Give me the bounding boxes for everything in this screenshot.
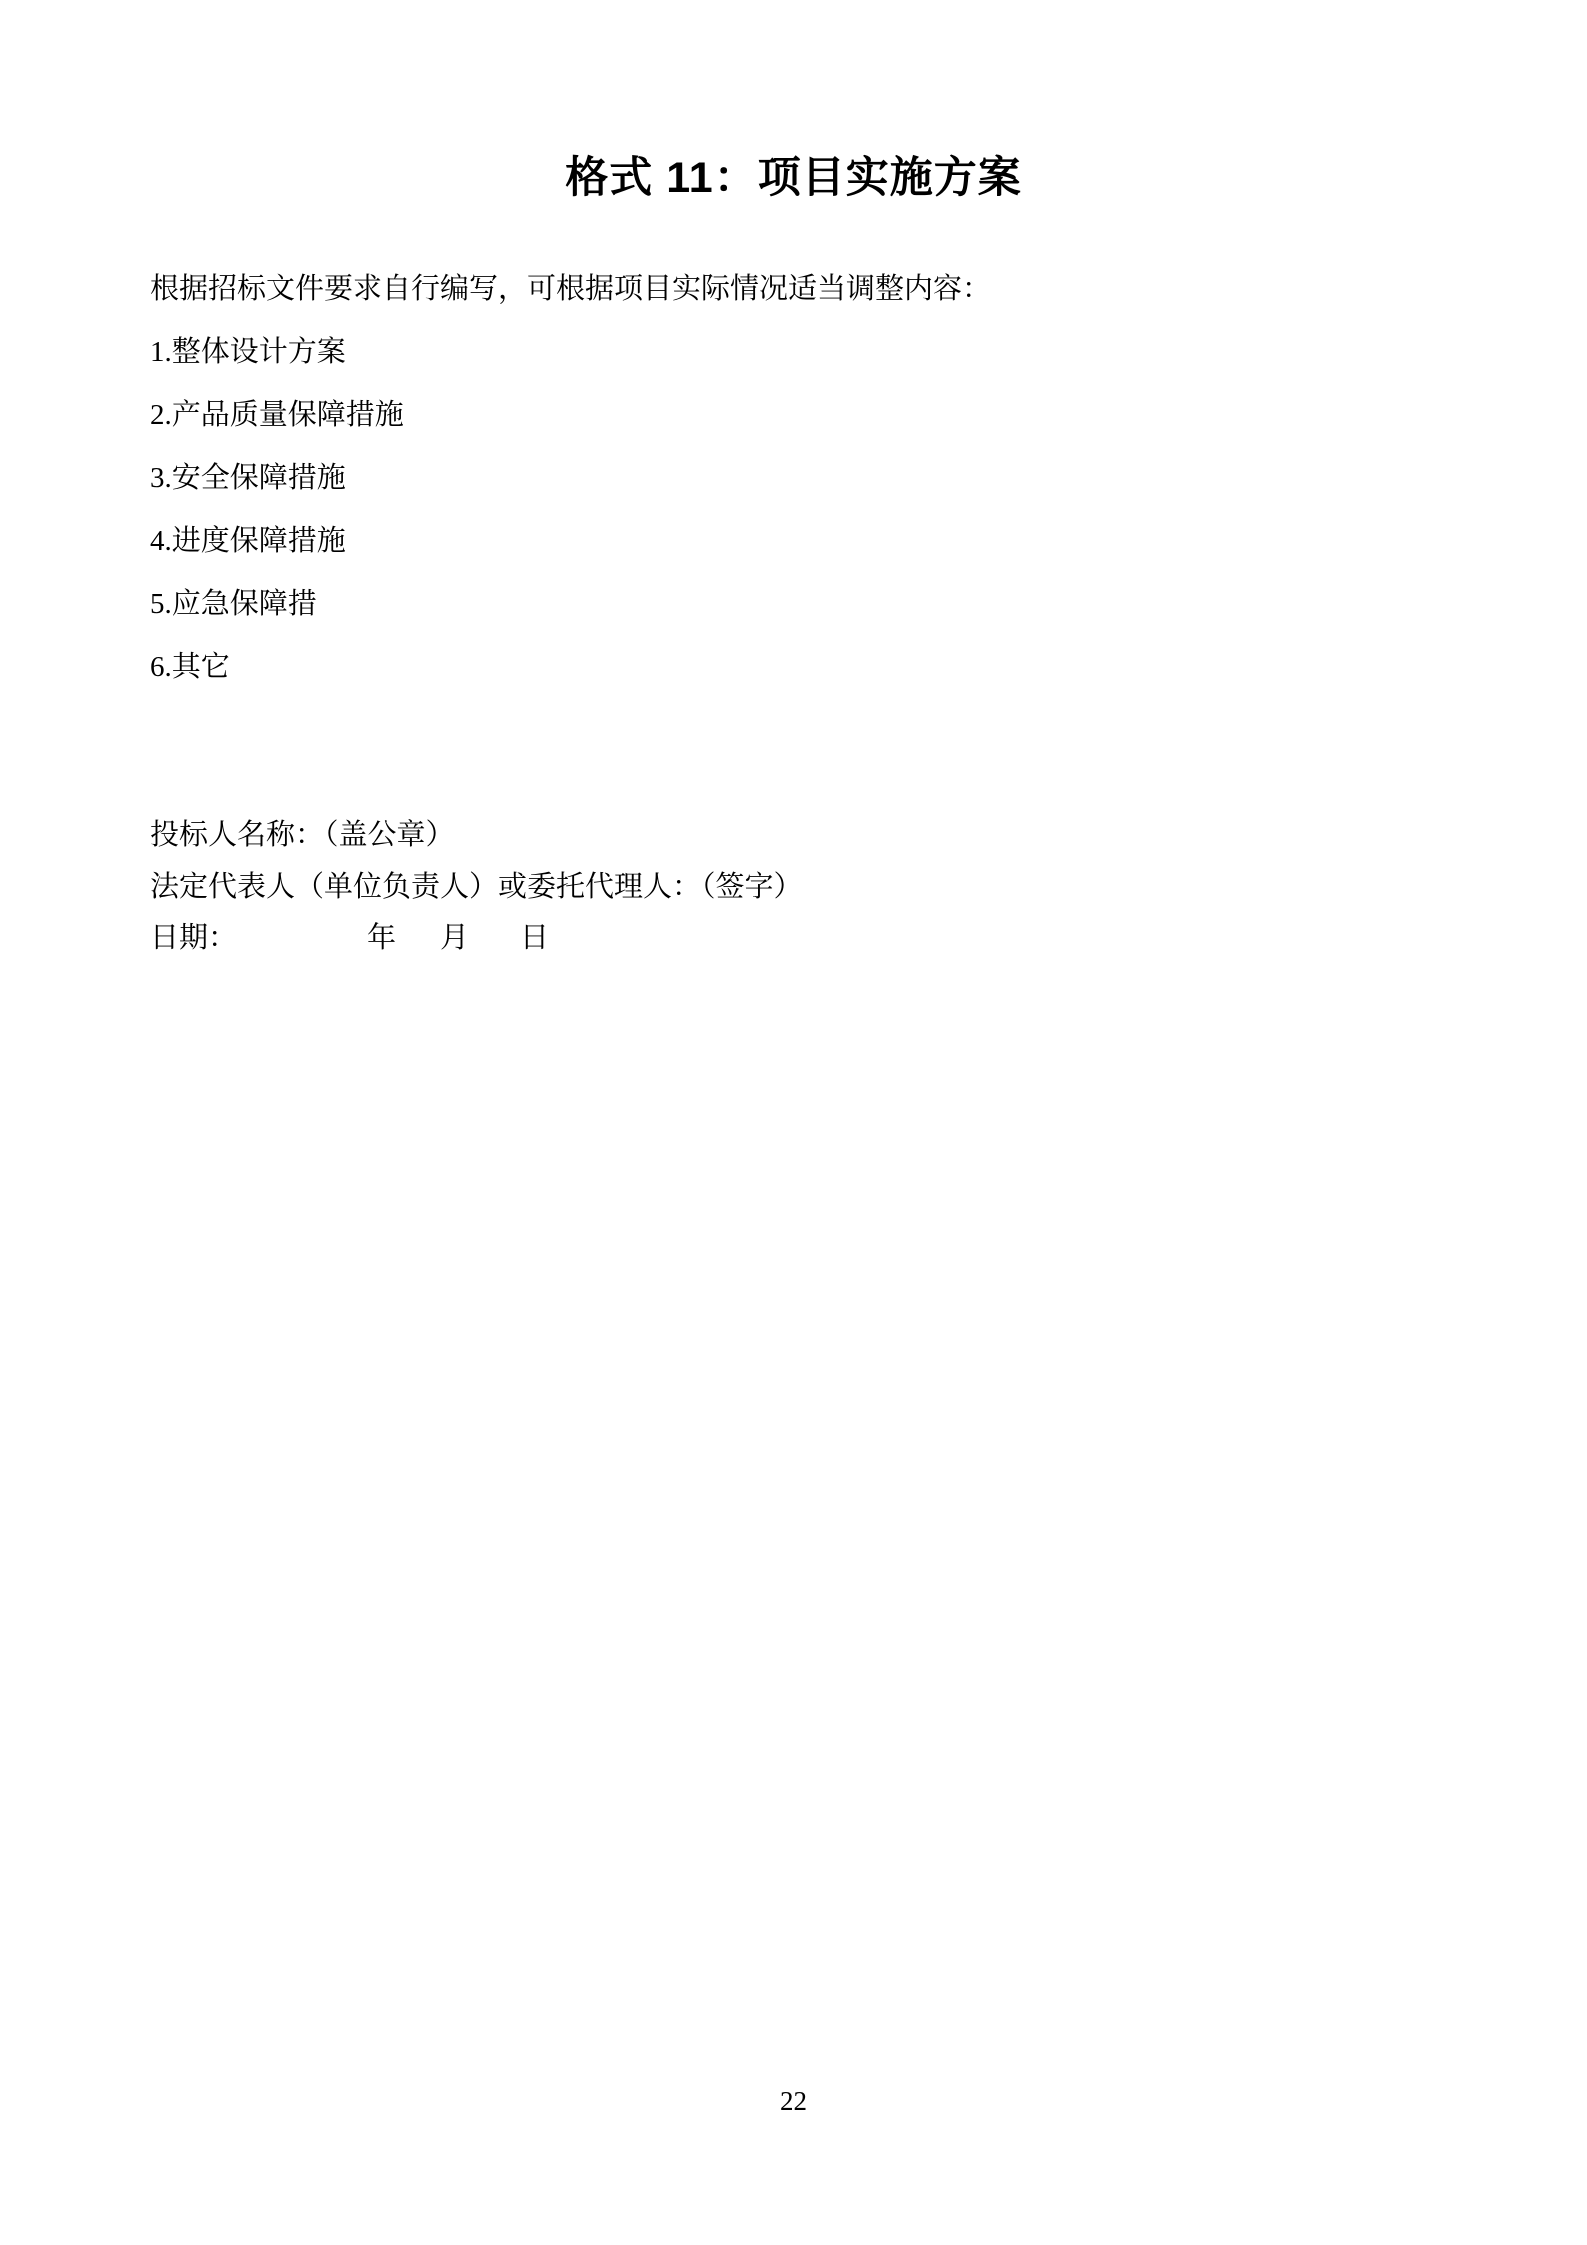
date-year-label: 年 (367, 922, 396, 954)
document-page: 格式 11：项目实施方案 根据招标文件要求自行编写，可根据项目实际情况适当调整内… (0, 0, 1587, 2245)
list-item-product-quality: 2.产品质量保障措施 (150, 397, 1437, 433)
signature-block: 投标人名称：（盖公章） 法定代表人（单位负责人）或委托代理人：（签字） 日期：年… (150, 810, 1437, 965)
list-item-safety: 3.安全保障措施 (150, 460, 1437, 496)
date-day-label: 日 (520, 922, 549, 954)
date-label: 日期： (150, 922, 237, 954)
list-item-other: 6.其它 (150, 649, 1437, 685)
intro-paragraph: 根据招标文件要求自行编写，可根据项目实际情况适当调整内容： (150, 271, 1437, 307)
date-line: 日期：年月日 (150, 913, 1437, 965)
page-number: 22 (0, 2086, 1587, 2116)
list-item-schedule: 4.进度保障措施 (150, 523, 1437, 559)
list-item-overall-design: 1.整体设计方案 (150, 334, 1437, 370)
page-title: 格式 11：项目实施方案 (150, 152, 1437, 204)
list-item-emergency: 5.应急保障措 (150, 586, 1437, 622)
date-month-label: 月 (440, 922, 469, 954)
representative-line: 法定代表人（单位负责人）或委托代理人：（签字） (150, 862, 1437, 914)
bidder-name-line: 投标人名称：（盖公章） (150, 810, 1437, 862)
